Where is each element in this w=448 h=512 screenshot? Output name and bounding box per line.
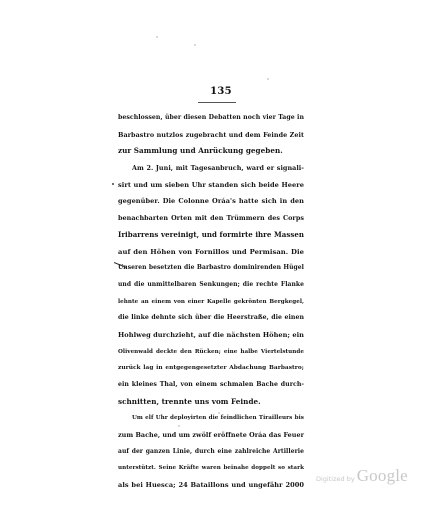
text-line: zum Bache, und um zwölf eröffnete Oráa d… <box>118 427 304 444</box>
body-text: beschlossen, über diesen Debatten noch v… <box>118 110 304 494</box>
watermark-brand: Google <box>357 466 408 486</box>
text-line: und die unmittelbaren Senkungen; die rec… <box>118 277 304 294</box>
paper-speck <box>194 44 196 46</box>
text-line: beschlossen, über diesen Debatten noch v… <box>118 110 304 127</box>
paper-speck <box>218 412 220 414</box>
header-rule <box>198 102 236 103</box>
page-number: 135 <box>204 86 238 97</box>
text-line: benachbarten Orten mit den Trümmern des … <box>118 210 304 227</box>
text-line: Olivenwald deckte den Rücken; eine halbe… <box>118 344 304 361</box>
text-line: Am 2. Juni, mit Tagesanbruch, ward er si… <box>118 160 304 177</box>
text-line: unterstützt. Seine Kräfte waren beinahe … <box>118 460 304 477</box>
text-line: ein kleines Thal, von einem schmalen Bac… <box>118 377 304 394</box>
text-line: Iribarrens vereinigt, und formirte ihre … <box>118 227 304 244</box>
text-line: Unseren besetzten die Barbastro dominire… <box>118 260 304 277</box>
digitized-watermark: Digitized by Google <box>316 466 408 486</box>
text-line: als bei Huesca; 24 Bataillons und ungefä… <box>118 477 304 494</box>
paper-speck <box>267 78 269 80</box>
text-line: auf der ganzen Linie, durch eine zahlrei… <box>118 444 304 461</box>
margin-dot-mark <box>112 183 114 185</box>
text-line: auf den Höhen von Fornillos und Permisan… <box>118 244 304 261</box>
text-line: sirt und um sieben Uhr standen sich beid… <box>118 177 304 194</box>
text-line: Barbastro nutzlos zugebracht und dem Fei… <box>118 127 304 144</box>
text-line: Hohlweg durchzieht, auf die nächsten Höh… <box>118 327 304 344</box>
paper-speck <box>156 36 158 38</box>
text-line: lehnte an einem von einer Kapelle gekrön… <box>118 294 304 311</box>
text-line: schnitten, trennte uns vom Feinde. <box>118 394 304 411</box>
book-page: 135 beschlossen, über diesen Debatten no… <box>0 0 448 512</box>
text-line: die linke dehnte sich über die Heerstraß… <box>118 310 304 327</box>
paper-speck <box>178 425 180 427</box>
text-line: gegenüber. Die Colonne Oráa's hatte sich… <box>118 193 304 210</box>
text-line: zurück lag in entgegengesetzter Abdachun… <box>118 360 304 377</box>
watermark-prefix: Digitized by <box>316 475 355 483</box>
text-line: Um elf Uhr deployirten die feindlichen T… <box>118 410 304 427</box>
text-line: zur Sammlung und Anrückung gegeben. <box>118 143 304 160</box>
